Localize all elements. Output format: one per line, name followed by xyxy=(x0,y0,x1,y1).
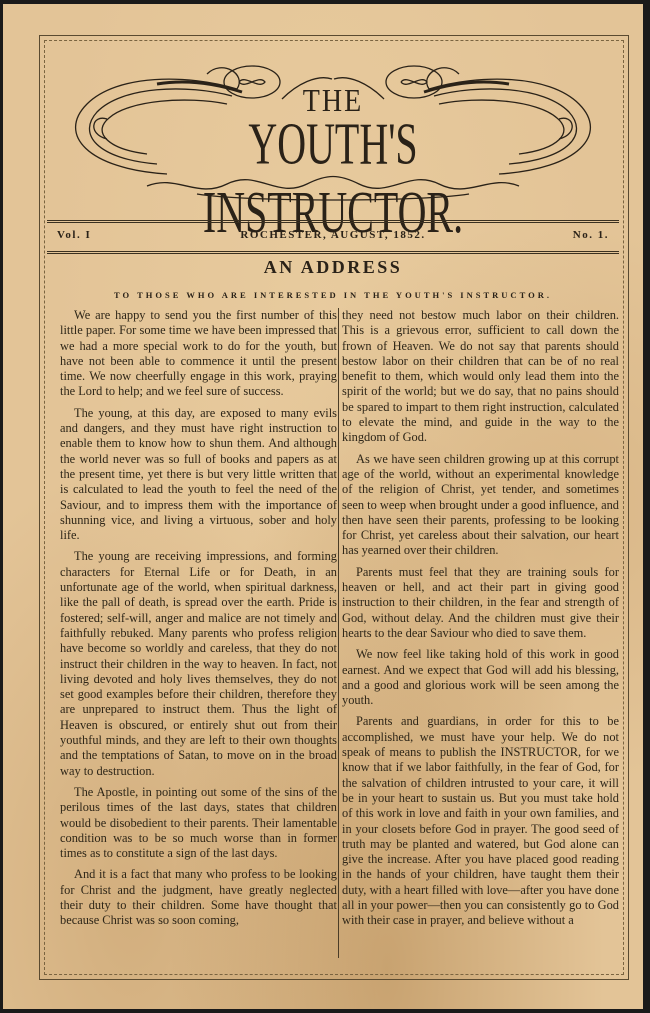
place-date: ROCHESTER, AUGUST, 1852. xyxy=(47,229,619,241)
paragraph: Parents and guardians, in order for this… xyxy=(342,714,619,928)
article-subhead: TO THOSE WHO ARE INTERESTED IN THE YOUTH… xyxy=(47,290,619,300)
article-headline: AN ADDRESS xyxy=(47,257,619,278)
masthead: THE YOUTH'S INSTRUCTOR. xyxy=(47,44,619,209)
dateline: Vol. I ROCHESTER, AUGUST, 1852. No. 1. xyxy=(47,220,619,254)
paragraph: We now feel like taking hold of this wor… xyxy=(342,647,619,708)
paragraph: The young are receiving impressions, and… xyxy=(60,549,337,778)
left-column: We are happy to send you the first numbe… xyxy=(60,308,337,935)
paragraph: And it is a fact that many who profess t… xyxy=(60,867,337,928)
newspaper-page: THE YOUTH'S INSTRUCTOR. Vol. I ROCHESTER… xyxy=(3,4,643,1009)
column-rule xyxy=(338,308,339,958)
paragraph: The young, at this day, are exposed to m… xyxy=(60,406,337,544)
paragraph: The Apostle, in pointing out some of the… xyxy=(60,785,337,861)
paragraph: As we have seen children growing up at t… xyxy=(342,452,619,559)
issue-number: No. 1. xyxy=(573,229,609,241)
paragraph: We are happy to send you the first numbe… xyxy=(60,308,337,400)
paragraph: they need not bestow much labor on their… xyxy=(342,308,619,446)
right-column: they need not bestow much labor on their… xyxy=(342,308,619,935)
paragraph: Parents must feel that they are training… xyxy=(342,565,619,641)
